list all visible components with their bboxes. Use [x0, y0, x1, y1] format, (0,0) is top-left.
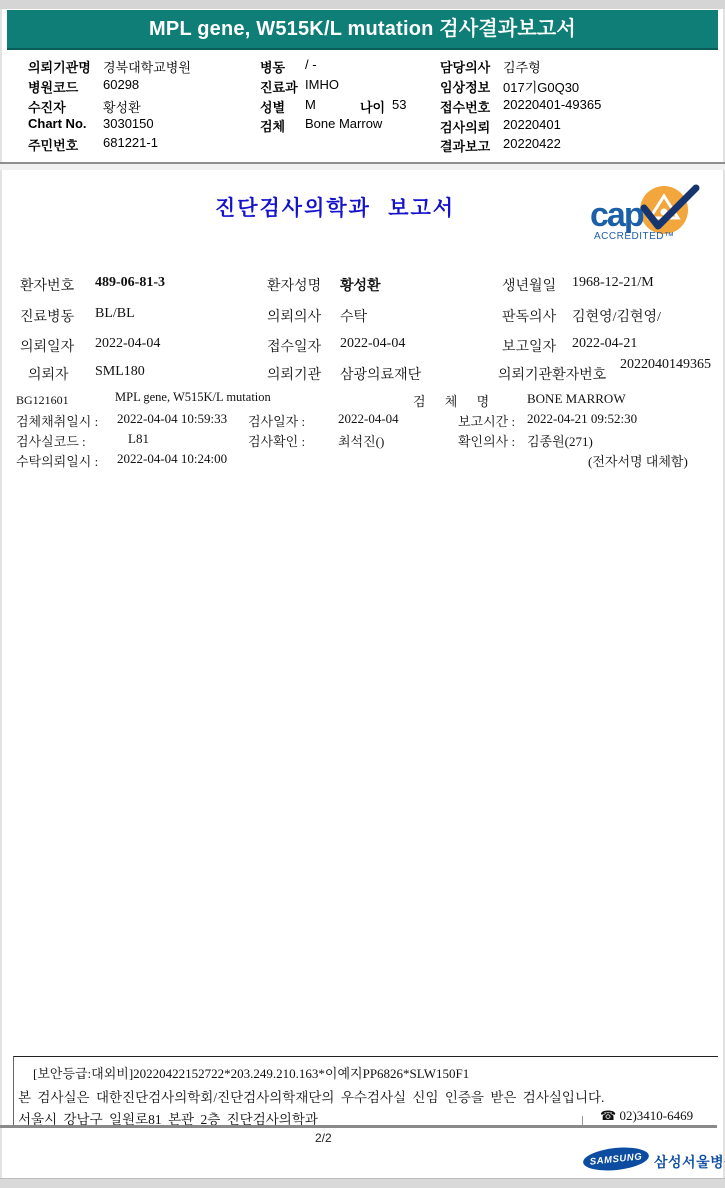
- age-value: 53: [392, 97, 406, 112]
- window-chrome-left: [0, 9, 2, 1178]
- sex-value: M: [305, 97, 316, 112]
- accession-no-value: 20220401-49365: [503, 97, 601, 112]
- request-org-label: 의뢰기관: [267, 364, 321, 384]
- attending-doctor-value: 김주형: [503, 57, 541, 76]
- resident-no-label: 주민번호: [28, 135, 78, 154]
- lab-code-value: L81: [128, 431, 149, 447]
- care-ward-label: 진료병동: [20, 306, 74, 326]
- collected-datetime-label: 검체채취일시 :: [16, 411, 98, 430]
- ward-value: / -: [305, 57, 317, 72]
- patient-name-label: 환자성명: [267, 275, 321, 295]
- verify-value: 최석진(): [338, 431, 384, 450]
- report-date-label: 보고일자: [502, 336, 556, 356]
- report-time-value: 2022-04-21 09:52:30: [527, 411, 637, 427]
- ward-label: 병동: [260, 57, 285, 76]
- reading-doctor-label: 판독의사: [502, 306, 556, 326]
- verify-label: 검사확인 :: [248, 431, 305, 450]
- org-patient-no-label: 의뢰기관환자번호: [498, 364, 606, 384]
- dept-label: 진료과: [260, 77, 298, 96]
- accreditation-line: 본 검사실은 대한진단검사의학회/진단검사의학재단의 우수검사실 신임 인증을 …: [18, 1086, 604, 1106]
- page-number: 2/2: [315, 1131, 332, 1145]
- result-date-value: 20220422: [503, 136, 561, 151]
- security-line: [보안등급:대외비]20220422152722*203.249.210.163…: [33, 1063, 469, 1082]
- samsung-logo-icon: SAMSUNG: [582, 1145, 650, 1174]
- confirm-doctor-label: 확인의사 :: [458, 431, 515, 450]
- referral-datetime-value: 2022-04-04 10:24:00: [117, 451, 227, 467]
- receipt-date-value: 2022-04-04: [340, 336, 405, 352]
- chart-no-label: Chart No.: [28, 116, 87, 131]
- samsung-wordmark: SAMSUNG: [589, 1151, 643, 1167]
- result-date-label: 결과보고: [440, 136, 490, 155]
- attending-doctor-label: 담당의사: [440, 57, 490, 76]
- footer-bottom-rule: [0, 1125, 717, 1128]
- requester-label: 의뢰자: [28, 364, 69, 384]
- patient-no-label: 환자번호: [20, 275, 74, 295]
- org-label: 의뢰기관명: [28, 57, 91, 76]
- care-ward-value: BL/BL: [95, 306, 135, 322]
- clinical-info-value: 017기G0Q30: [503, 77, 579, 96]
- test-name: MPL gene, W515K/L mutation: [115, 390, 271, 405]
- svg-text:cap: cap: [590, 196, 644, 234]
- esign-note: (전자서명 대체함): [588, 451, 688, 470]
- svg-text:ACCREDITED™: ACCREDITED™: [594, 231, 675, 242]
- org-value: 경북대학교병원: [103, 57, 191, 76]
- receipt-date-label: 접수일자: [267, 336, 321, 356]
- report-time-label: 보고시간 :: [458, 411, 515, 430]
- report-title-bar-text: MPL gene, W515K/L mutation 검사결과보고서: [149, 18, 576, 40]
- test-date-value: 2022-04-04: [338, 411, 399, 427]
- chart-no-value: 3030150: [103, 116, 154, 131]
- birthdate-value: 1968-12-21/M: [572, 275, 654, 291]
- window-chrome-top: [0, 0, 725, 9]
- dept-value: IMHO: [305, 77, 339, 92]
- birthdate-label: 생년월일: [502, 275, 556, 295]
- sex-label: 성별: [260, 97, 285, 116]
- hospital-code-label: 병원코드: [28, 77, 78, 96]
- section-divider-band: [0, 164, 725, 170]
- order-date-label: 검사의뢰: [440, 117, 490, 136]
- phone-number: ☎ 02)3410-6469: [600, 1108, 693, 1124]
- accession-no-label: 접수번호: [440, 97, 490, 116]
- reading-doctor-value: 김현영/김현영/: [572, 306, 661, 326]
- request-doctor-value: 수탁: [340, 306, 367, 326]
- request-doctor-label: 의뢰의사: [267, 306, 321, 326]
- window-chrome-bottom: [0, 1178, 725, 1188]
- lab-report-page: { "title_bar": { "title": "MPL gene, W51…: [0, 0, 725, 1188]
- order-date-value: 20220401: [503, 117, 561, 132]
- specimen-value: Bone Marrow: [305, 116, 382, 131]
- examinee-label: 수진자: [28, 97, 66, 116]
- collected-datetime-value: 2022-04-04 10:59:33: [117, 411, 227, 427]
- cap-accredited-logo: cap ACCREDITED™: [586, 184, 704, 244]
- org-patient-no-value: 2022040149365: [620, 357, 714, 372]
- hospital-name: 삼성서울병원: [654, 1152, 725, 1172]
- hospital-code-value: 60298: [103, 77, 139, 92]
- specimen-name-label: 검 체 명: [413, 391, 493, 410]
- cap-logo-icon: cap ACCREDITED™: [586, 184, 704, 244]
- department-report-title: 진단검사의학과 보고서: [0, 192, 670, 222]
- patient-no-value: 489-06-81-3: [95, 275, 165, 291]
- clinical-info-label: 임상정보: [440, 77, 490, 96]
- lab-code-label: 검사실코드 :: [16, 431, 86, 450]
- report-date-value: 2022-04-21: [572, 336, 637, 352]
- request-date-value: 2022-04-04: [95, 336, 160, 352]
- requester-value: SML180: [95, 364, 145, 380]
- referral-datetime-label: 수탁의뢰일시 :: [16, 451, 98, 470]
- request-date-label: 의뢰일자: [20, 336, 74, 356]
- age-label: 나이: [360, 97, 385, 116]
- request-org-value: 삼광의료재단: [340, 364, 421, 384]
- examinee-value: 황성환: [103, 97, 141, 116]
- test-date-label: 검사일자 :: [248, 411, 305, 430]
- specimen-name-value: BONE MARROW: [527, 391, 626, 407]
- test-code: BG121601: [16, 393, 69, 408]
- confirm-doctor-value: 김종원(271): [527, 431, 593, 450]
- resident-no-value: 681221-1: [103, 135, 158, 150]
- specimen-label: 검체: [260, 116, 285, 135]
- patient-name-value: 황성환: [340, 275, 381, 295]
- report-title-bar: MPL gene, W515K/L mutation 검사결과보고서: [7, 10, 718, 50]
